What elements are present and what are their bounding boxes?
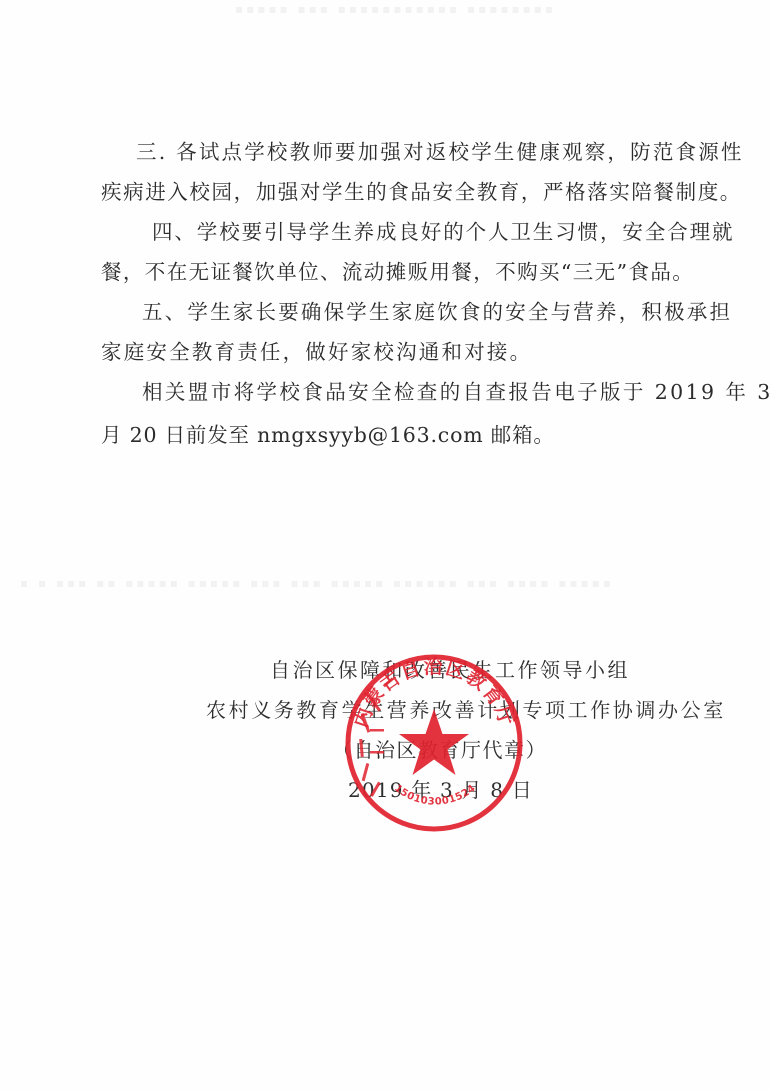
scan-bleed-middle: ▪ ▪ ▪▪▪ ▪▪ ▪▪▪▪▪ ▪▪▪▪▪ ▪▪▪ ▪▪▪ ▪▪▪▪▪ ▪▪▪… [20, 576, 614, 590]
document-page: ▪▪▪▪▪ ▪▪▪ ▪▪▪▪▪▪▪▪▪▪▪ ▪▪▪▪▪▪▪▪ ▪ ▪ ▪▪▪ ▪… [0, 0, 771, 1090]
paragraph-5-line-2: 家庭安全教育责任，做好家校沟通和对接。 [101, 342, 532, 363]
paragraph-3-line-1: 三. 各试点学校教师要加强对返校学生健康观察，防范食源性 [136, 142, 744, 163]
paragraph-5-line-1: 五、学生家长要确保学生家庭饮食的安全与营养，积极承担 [142, 302, 732, 323]
issuer-line-1: 自治区保障和改善民生工作领导小组 [270, 660, 630, 680]
issuer-line-2: 农村义务教育学生营养改善计划专项工作协调办公室 [206, 700, 726, 720]
closing-note-line-1: 相关盟市将学校食品安全检查的自查报告电子版于 2019 年 3 [142, 382, 771, 403]
signature-date: 2019 年 3 月 8 日 [348, 780, 533, 800]
closing-note-line-2: 月 20 日前发至 nmgxsyyb@163.com 邮箱。 [101, 425, 555, 446]
scan-bleed-top: ▪▪▪▪▪ ▪▪▪ ▪▪▪▪▪▪▪▪▪▪▪ ▪▪▪▪▪▪▪▪ [235, 2, 556, 16]
paragraph-3-line-2: 疾病进入校园，加强对学生的食品安全教育，严格落实陪餐制度。 [101, 182, 742, 203]
paragraph-4-line-2: 餐，不在无证餐饮单位、流动摊贩用餐，不购买“三无”食品。 [101, 262, 694, 283]
issuer-line-3: （自治区教育厅代章） [332, 740, 547, 760]
paragraph-4-line-1: 四、学校要引导学生养成良好的个人卫生习惯，安全合理就 [152, 222, 734, 243]
